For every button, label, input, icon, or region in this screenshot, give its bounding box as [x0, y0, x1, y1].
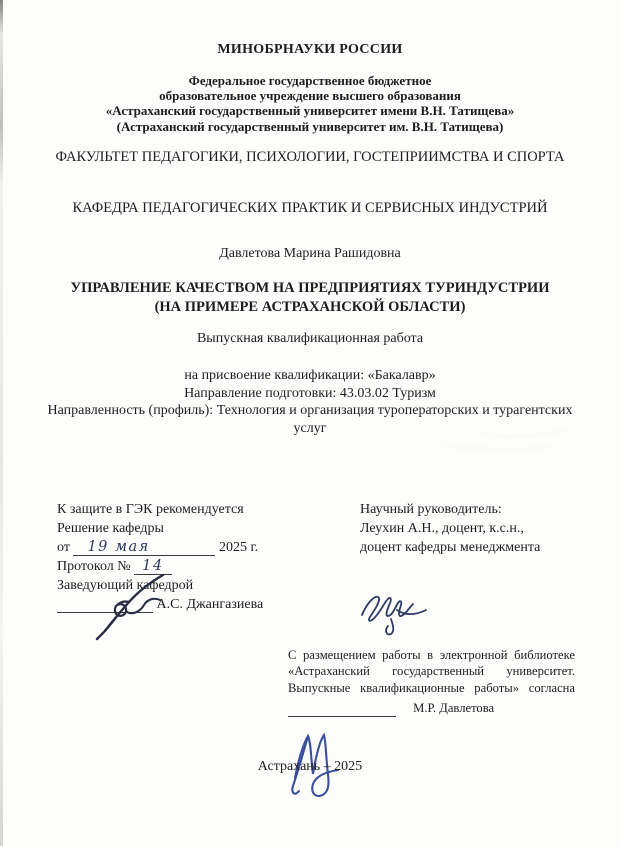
work-type: Выпускная квалификационная работа: [0, 331, 620, 347]
approval-date-row: от 19 мая 2025 г.: [57, 538, 307, 557]
supervisor-block: Научный руководитель: Леухин А.Н., доцен…: [360, 500, 590, 557]
department-heading: КАФЕДРА ПЕДАГОГИЧЕСКИХ ПРАКТИК И СЕРВИСН…: [0, 200, 620, 217]
handwritten-protocol-number: 14: [134, 558, 163, 574]
work-title-line2: (НА ПРИМЕРЕ АСТРАХАНСКОЙ ОБЛАСТИ): [0, 298, 620, 317]
profile-line: Направленность (профиль): Технология и о…: [40, 402, 580, 437]
supervisor-position-row: доцент кафедры менеджмента: [360, 538, 590, 557]
work-title: УПРАВЛЕНИЕ КАЧЕСТВОМ НА ПРЕДПРИЯТИЯХ ТУР…: [0, 279, 620, 317]
consent-statement: С размещением работы в электронной библи…: [288, 647, 575, 696]
head-signature-blank: [57, 597, 153, 613]
approval-date-blank: 19 мая: [73, 540, 215, 556]
head-title: Заведующий кафедрой: [57, 576, 307, 595]
institution-line: (Астраханский государственный университе…: [0, 119, 620, 134]
city-year-line: Астрахань – 2025: [0, 759, 620, 775]
institution-name-block: Федеральное государственное бюджетное об…: [0, 73, 620, 134]
institution-line: «Астраханский государственный университе…: [0, 103, 620, 118]
ministry-heading: МИНОБРНАУКИ РОССИИ: [0, 42, 620, 58]
supervisor-position: доцент кафедры менеджмента: [360, 540, 540, 555]
protocol-label: Протокол №: [57, 559, 131, 574]
consent-block: С размещением работы в электронной библи…: [288, 647, 575, 717]
protocol-blank: 14: [134, 559, 172, 575]
qualification-line: на присвоение квалификации: «Бакалавр»: [0, 367, 620, 385]
faculty-heading: ФАКУЛЬТЕТ ПЕДАГОГИКИ, ПСИХОЛОГИИ, ГОСТЕП…: [50, 148, 570, 167]
title-page: МИНОБРНАУКИ РОССИИ Федеральное государст…: [0, 0, 620, 846]
handwritten-date: 19 мая: [73, 539, 149, 555]
approval-date-suffix: 2025 г.: [219, 540, 258, 555]
institution-line: Федеральное государственное бюджетное: [0, 73, 620, 88]
approval-protocol-row: Протокол № 14: [57, 557, 307, 576]
head-name: А.С. Джангазиева: [157, 597, 264, 612]
approval-decision: Решение кафедры: [57, 519, 307, 538]
supervisor-label: Научный руководитель:: [360, 500, 590, 519]
consent-name: М.Р. Давлетова: [413, 701, 494, 715]
work-title-line1: УПРАВЛЕНИЕ КАЧЕСТВОМ НА ПРЕДПРИЯТИЯХ ТУР…: [0, 279, 620, 298]
leukhin-signature: [356, 588, 432, 638]
qualification-block: на присвоение квалификации: «Бакалавр» Н…: [0, 367, 620, 437]
head-signature-row: А.С. Джангазиева: [57, 595, 307, 614]
author-name: Давлетова Марина Рашидовна: [0, 246, 620, 262]
consent-signature-blank: [288, 701, 396, 717]
consent-signature-row: М.Р. Давлетова: [288, 700, 575, 717]
approval-date-prefix: от: [57, 540, 70, 555]
approval-recommendation: К защите в ГЭК рекомендуется: [57, 500, 307, 519]
supervisor-name: Леухин А.Н., доцент, к.с.н.,: [360, 519, 590, 538]
institution-line: образовательное учреждение высшего образ…: [0, 88, 620, 103]
approval-block: К защите в ГЭК рекомендуется Решение каф…: [57, 500, 307, 614]
direction-line: Направление подготовки: 43.03.02 Туризм: [0, 385, 620, 403]
